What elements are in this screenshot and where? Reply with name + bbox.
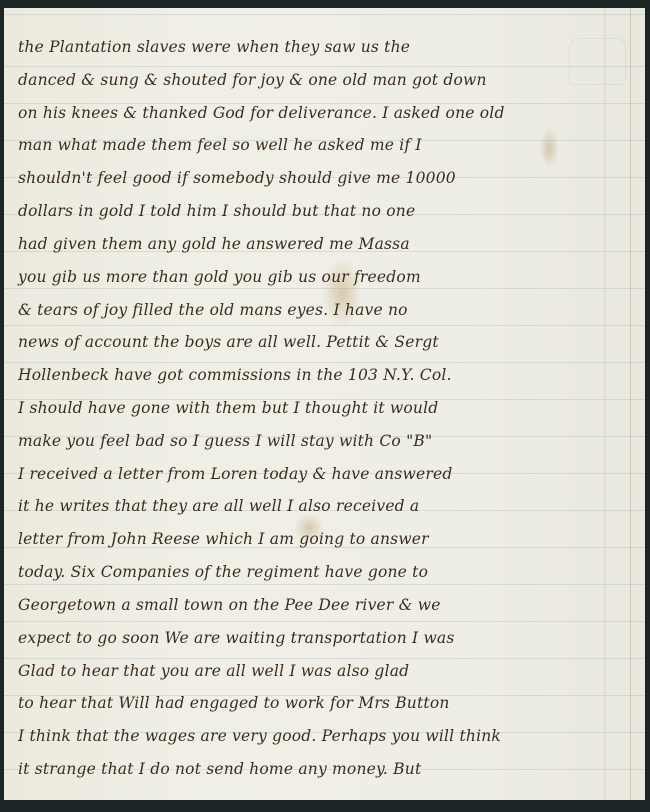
text-line: news of account the boys are all well. P… (18, 333, 439, 351)
text-line: Hollenbeck have got commissions in the 1… (18, 366, 452, 384)
text-line: it strange that I do not send home any m… (18, 760, 421, 778)
text-line: dollars in gold I told him I should but … (18, 202, 415, 220)
text-line: shouldn't feel good if somebody should g… (18, 169, 456, 187)
text-line: I received a letter from Loren today & h… (18, 465, 452, 483)
text-line: to hear that Will had engaged to work fo… (18, 694, 450, 712)
text-line: on his knees & thanked God for deliveran… (18, 104, 505, 122)
paper-fold (604, 8, 606, 800)
text-line: letter from John Reese which I am going … (18, 530, 429, 548)
text-line: danced & sung & shouted for joy & one ol… (18, 71, 487, 89)
text-line: had given them any gold he answered me M… (18, 235, 410, 253)
text-line: Georgetown a small town on the Pee Dee r… (18, 596, 441, 614)
text-line: it he writes that they are all well I al… (18, 497, 419, 515)
margin-line (630, 8, 631, 800)
embossed-stamp (569, 38, 626, 85)
text-line: you gib us more than gold you gib us our… (18, 268, 421, 286)
text-line: make you feel bad so I guess I will stay… (18, 432, 432, 450)
text-line: I think that the wages are very good. Pe… (18, 727, 501, 745)
text-line: Glad to hear that you are all well I was… (18, 662, 409, 680)
text-line: expect to go soon We are waiting transpo… (18, 629, 455, 647)
text-line: man what made them feel so well he asked… (18, 136, 422, 154)
text-line: & tears of joy filled the old mans eyes.… (18, 301, 408, 319)
ink-stain (539, 128, 559, 168)
text-line: the Plantation slaves were when they saw… (18, 38, 410, 56)
text-line: I should have gone with them but I thoug… (18, 399, 438, 417)
text-line: today. Six Companies of the regiment hav… (18, 563, 428, 581)
letter-page: the Plantation slaves were when they saw… (4, 8, 645, 800)
